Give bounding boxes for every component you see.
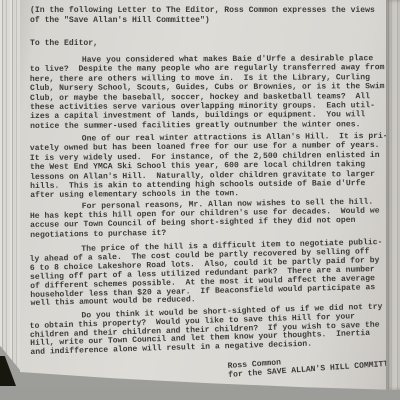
letter-page: (In the following Letter to The Editor, …: [20, 0, 400, 400]
letter-paragraph-3: For personal reasons, Mr. Allan now wish…: [30, 197, 393, 239]
letter-paragraph-5: Do you think it would be short-sighted o…: [29, 303, 392, 358]
letter-paragraph-4: The price of the hill is a difficult ite…: [29, 239, 392, 310]
text-line: notice the summer-used facilities greatl…: [30, 120, 392, 131]
text-line: (In the following Letter to The Editor, …: [30, 6, 392, 16]
letter-paragraph-2: One of our real winter attractions is Al…: [30, 132, 393, 201]
letter-signature: Ross Common for the SAVE ALLAN'S HILL CO…: [227, 348, 400, 380]
letter-salutation: To the Editor,: [30, 39, 392, 49]
book-page-photo: (In the following Letter to The Editor, …: [0, 0, 400, 400]
book-page-edges-right: [386, 0, 400, 390]
book-page-edges-left: [0, 0, 22, 384]
text-line: of the "Save Allan's Hill Committee"): [30, 16, 392, 26]
letter-paragraph-1: Have you considered what makes Baie d'Ur…: [30, 54, 392, 131]
letter-preamble: (In the following Letter to The Editor, …: [30, 6, 392, 25]
